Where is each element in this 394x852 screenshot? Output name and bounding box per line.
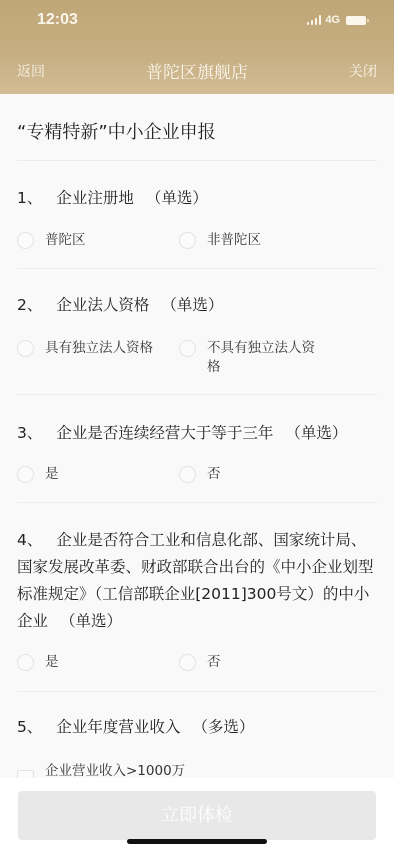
home-indicator[interactable]: [127, 839, 267, 844]
radio-button[interactable]: [179, 466, 196, 483]
radio-button[interactable]: [17, 466, 34, 483]
question-4-option-1[interactable]: 是: [17, 653, 59, 672]
radio-button[interactable]: [179, 340, 196, 357]
submit-checkup-button[interactable]: 立即体检: [18, 791, 376, 840]
radio-button[interactable]: [17, 232, 34, 249]
question-2-option-2[interactable]: 不具有独立法人资格: [179, 339, 339, 377]
question-4-title: 4、企业是否符合工业和信息化部、国家统计局、国家发展改革委、财政部联合出台的《中…: [17, 527, 377, 635]
nav-bar: 返回 普陀区旗舰店 关闭: [0, 50, 394, 90]
form-title: “专精特新”中小企业申报: [17, 118, 216, 144]
question-5-option-1[interactable]: 企业营业收入>1000万: [17, 762, 185, 778]
question-1-option-1[interactable]: 普陀区: [17, 231, 86, 250]
status-bar: 12:03 4G: [0, 0, 394, 44]
question-3-option-2[interactable]: 否: [179, 465, 221, 484]
close-button[interactable]: 关闭: [349, 61, 377, 81]
divider: [17, 691, 377, 692]
divider: [17, 394, 377, 395]
divider: [17, 268, 377, 269]
question-3-title: 3、企业是否连续经营大于等于三年（单选）: [17, 420, 377, 447]
network-type: 4G: [325, 14, 340, 26]
divider: [17, 502, 377, 503]
question-2-option-1[interactable]: 具有独立法人资格: [17, 339, 177, 358]
question-4-option-2[interactable]: 否: [179, 653, 221, 672]
radio-button[interactable]: [17, 654, 34, 671]
status-time: 12:03: [37, 11, 78, 29]
question-1-option-2[interactable]: 非普陀区: [179, 231, 261, 250]
question-5-title: 5、企业年度营业收入（多选）: [17, 714, 377, 741]
divider: [17, 160, 377, 161]
radio-button[interactable]: [179, 232, 196, 249]
question-3-option-1[interactable]: 是: [17, 465, 59, 484]
question-1-title: 1、企业注册地（单选）: [17, 185, 377, 212]
question-2-title: 2、企业法人资格（单选）: [17, 292, 377, 319]
radio-button[interactable]: [17, 340, 34, 357]
form-scroll-area[interactable]: “专精特新”中小企业申报 1、企业注册地（单选） 普陀区 非普陀区 2、企业法人…: [0, 94, 394, 778]
radio-button[interactable]: [179, 654, 196, 671]
status-indicators: 4G: [307, 14, 366, 26]
battery-icon: [346, 16, 366, 25]
app-header: 12:03 4G 返回 普陀区旗舰店 关闭: [0, 0, 394, 94]
page-title: 普陀区旗舰店: [0, 58, 394, 83]
checkbox[interactable]: [17, 770, 34, 778]
signal-icon: [307, 15, 322, 25]
